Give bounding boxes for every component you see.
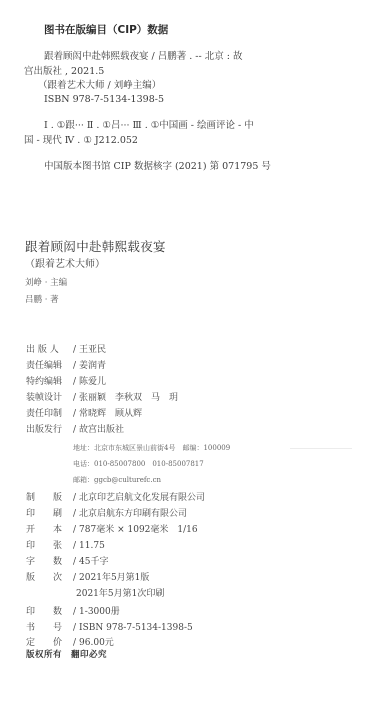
staff-value: 王亚民 [79, 345, 106, 355]
separator: / [73, 541, 76, 551]
spec-row-print-run: 印 数/1-3000册 [26, 608, 120, 617]
separator: / [73, 509, 76, 519]
spec-row-format: 开 本/787毫米 × 1092毫米 1/16 [26, 526, 198, 535]
staff-label: 责任编辑 [26, 362, 70, 371]
spec-value: 2021年5月第1次印刷 [76, 589, 164, 599]
spec-row-price: 定 价/96.00元 [26, 639, 114, 648]
spec-label: 印 张 [26, 542, 70, 551]
separator: / [73, 525, 76, 535]
staff-row-distributor: 出版发行/故宫出版社 [26, 426, 124, 435]
book-author: 吕鹏 · 著 [25, 296, 59, 305]
cip-entry-line-1: 跟着顾闳中赴韩熙载夜宴 / 吕鹏著 . -- 北京 : 故 [44, 52, 242, 62]
staff-label: 出版发行 [26, 426, 70, 435]
separator: / [73, 377, 76, 387]
spec-value: ISBN 978-7-5134-1398-5 [79, 623, 193, 633]
separator: / [73, 573, 76, 583]
staff-value: 常晓辉 顾从辉 [79, 409, 142, 419]
copyright-notice: 版权所有 翻印必究 [26, 651, 107, 660]
spec-value: 787毫米 × 1092毫米 1/16 [79, 525, 198, 535]
publisher-email: 邮箱：ggcb@culturefc.cn [73, 477, 161, 484]
separator: / [73, 638, 76, 648]
spec-label: 制 版 [26, 494, 70, 503]
cip-heading: 图书在版编目（CIP）数据 [44, 25, 168, 36]
separator: / [73, 409, 76, 419]
book-title: 跟着顾闳中赴韩熙载夜宴 [25, 241, 166, 254]
staff-value: 姜润青 [79, 361, 106, 371]
publisher-phone: 电话：010-85007800 010-85007817 [73, 461, 204, 468]
spec-label: 书 号 [26, 624, 70, 633]
spec-label: 版 次 [26, 574, 70, 583]
cip-isbn-line: ISBN 978-7-5134-1398-5 [44, 95, 164, 105]
staff-value: 故宫出版社 [79, 425, 124, 435]
staff-row-special-editor: 特约编辑/陈爱儿 [26, 378, 106, 387]
separator: / [73, 425, 76, 435]
separator: / [73, 623, 76, 633]
separator: / [73, 557, 76, 567]
staff-row-print-manager: 责任印制/常晓辉 顾从辉 [26, 410, 142, 419]
spec-value: 1-3000册 [79, 607, 120, 617]
separator: / [73, 345, 76, 355]
spec-label: 字 数 [26, 558, 70, 567]
staff-label: 责任印制 [26, 410, 70, 419]
separator: / [73, 493, 76, 503]
decorative-line [290, 448, 352, 449]
spec-row-isbn: 书 号/ISBN 978-7-5134-1398-5 [26, 624, 193, 633]
spec-value: 45千字 [79, 557, 108, 567]
staff-label: 出 版 人 [26, 346, 70, 355]
staff-row-design: 装帧设计/张丽颖 李秋双 马 玥 [26, 394, 178, 403]
spec-value: 11.75 [79, 541, 105, 551]
publisher-address: 地址：北京市东城区景山前街4号 邮编：100009 [73, 445, 230, 452]
spec-row-word-count: 字 数/45千字 [26, 558, 109, 567]
separator: / [73, 607, 76, 617]
spec-value: 北京印艺启航文化发展有限公司 [79, 493, 205, 503]
book-editor: 刘峥 · 主编 [25, 279, 67, 288]
spec-row-sheets: 印 张/11.75 [26, 542, 105, 551]
cip-series-line: （跟着艺术大师 / 刘峥主编） [38, 81, 161, 91]
separator: / [73, 393, 76, 403]
cip-subject-line-2: 国 - 现代 Ⅳ . ① J212.052 [24, 136, 138, 146]
staff-row-editor: 责任编辑/姜润青 [26, 362, 106, 371]
spec-label: 印 数 [26, 608, 70, 617]
spec-value: 96.00元 [79, 638, 114, 648]
staff-row-publisher: 出 版 人/王亚民 [26, 346, 106, 355]
spec-value: 北京启航东方印刷有限公司 [79, 509, 187, 519]
spec-row-printing-date: 2021年5月第1次印刷 [76, 590, 164, 599]
spec-value: 2021年5月第1版 [79, 573, 149, 583]
cip-subject-line-1: Ⅰ . ①跟··· Ⅱ . ①吕··· Ⅲ . ①中国画 - 绘画评论 - 中 [44, 121, 254, 131]
staff-value: 陈爱儿 [79, 377, 106, 387]
staff-label: 装帧设计 [26, 394, 70, 403]
book-series: （跟着艺术大师） [25, 260, 105, 270]
spec-row-printing: 印 刷/北京启航东方印刷有限公司 [26, 510, 187, 519]
separator: / [73, 361, 76, 371]
staff-label: 特约编辑 [26, 378, 70, 387]
cip-entry-line-2: 宫出版社 , 2021.5 [24, 67, 104, 77]
spec-row-plate: 制 版/北京印艺启航文化发展有限公司 [26, 494, 205, 503]
spec-label: 开 本 [26, 526, 70, 535]
spec-label: 印 刷 [26, 510, 70, 519]
staff-value: 张丽颖 李秋双 马 玥 [79, 393, 178, 403]
spec-row-edition: 版 次/2021年5月第1版 [26, 574, 149, 583]
spec-label: 定 价 [26, 639, 70, 648]
cip-check-number: 中国版本图书馆 CIP 数据核字 (2021) 第 071795 号 [44, 162, 271, 172]
